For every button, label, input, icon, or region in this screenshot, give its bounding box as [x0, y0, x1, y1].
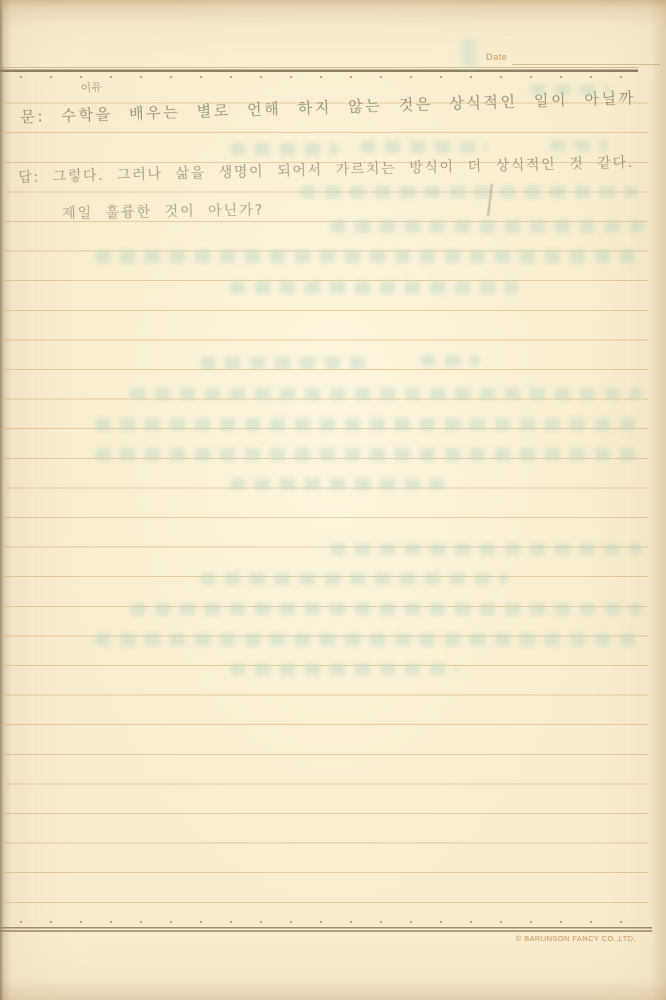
ink-bleed-smudge [95, 418, 643, 431]
ink-bleed-smudge [130, 603, 642, 615]
ink-bleed-smudge [200, 573, 508, 585]
ruled-lines [0, 74, 648, 906]
ink-bleed-smudge [530, 84, 610, 95]
ink-bleed-smudge [360, 141, 488, 153]
ink-bleed-smudge [300, 186, 638, 198]
ink-bleed-smudge [420, 355, 480, 366]
notebook-page: Date 이유 문: 수학을 배우는 별로 언해 하지 않는 것은 상식적인 일… [0, 0, 666, 1000]
ink-bleed-smudge [200, 357, 368, 369]
ink-bleed-smudge [95, 448, 643, 461]
ink-bleed-smudge [230, 143, 338, 155]
ink-bleed-smudge [462, 38, 476, 68]
ink-bleed-smudge [95, 633, 643, 646]
header-rule [0, 67, 638, 72]
footer-rule [0, 927, 652, 932]
handwriting-line-3: 제일 훌륭한 것이 아닌가? [62, 199, 264, 223]
ink-bleed-smudge [550, 140, 608, 151]
ink-bleed-smudge [330, 543, 642, 555]
ink-bleed-smudge [230, 663, 458, 675]
ink-bleed-smudge [230, 281, 518, 294]
ink-bleed-smudge [130, 388, 642, 400]
ink-bleed-smudge [230, 478, 444, 490]
date-entry-line [512, 64, 660, 65]
date-label: Date [486, 52, 507, 62]
ink-bleed-smudge [95, 250, 643, 263]
margin-ticks-bottom [20, 921, 648, 923]
copyright-text: © BARUNSON FANCY CO.,LTD. [516, 934, 636, 943]
margin-ticks-top [20, 76, 648, 78]
ink-bleed-smudge [330, 220, 644, 233]
handwriting-annotation: 이유 [80, 78, 103, 96]
